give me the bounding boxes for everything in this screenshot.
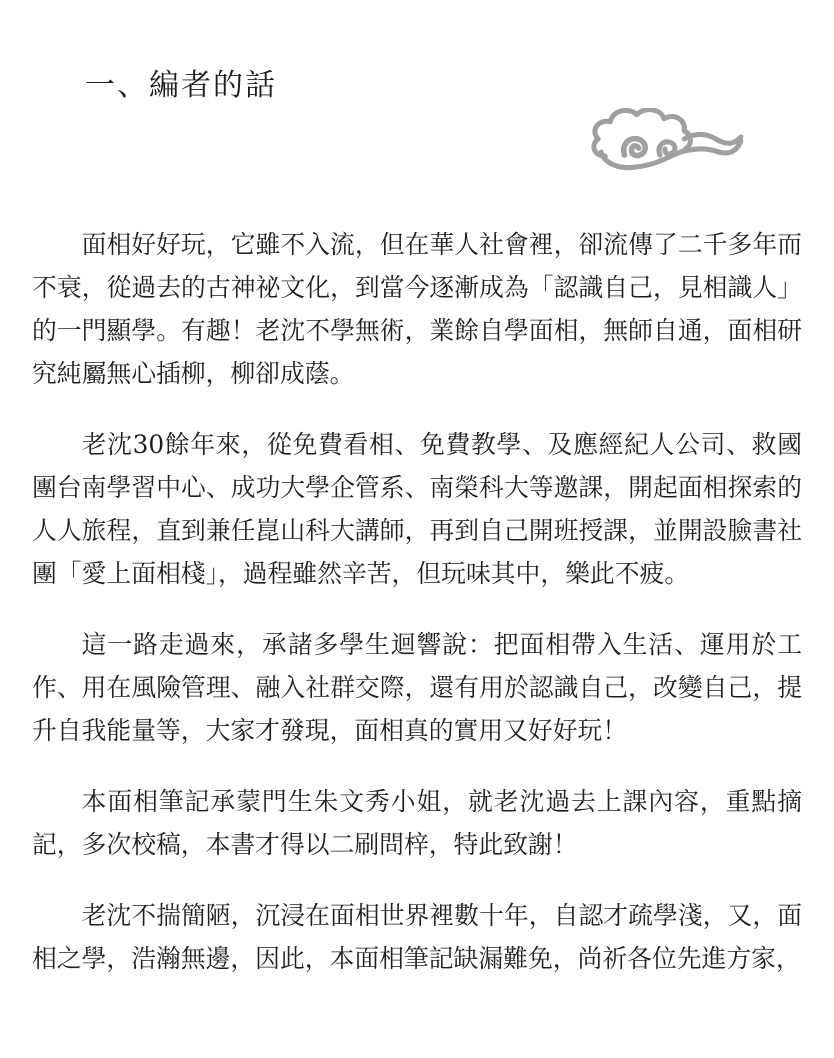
document-page: 一、編者的話 面相好好玩，它雖不入流，但在華人社會裡，卻流傳了二千多年而不衰，從… xyxy=(0,0,834,1058)
section-title: 一、編者的話 xyxy=(85,60,277,104)
body-text: 面相好好玩，它雖不入流，但在華人社會裡，卻流傳了二千多年而不衰，從過去的古神祕文… xyxy=(32,223,802,980)
paragraph: 本面相筆記承蒙門生朱文秀小姐，就老沈過去上課內容，重點摘記，多次校稿，本書才得以… xyxy=(32,780,802,866)
paragraph: 面相好好玩，它雖不入流，但在華人社會裡，卻流傳了二千多年而不衰，從過去的古神祕文… xyxy=(32,223,802,395)
cloud-ornament-icon xyxy=(586,108,748,182)
paragraph: 老沈不揣簡陋，沉浸在面相世界裡數十年，自認才疏學淺，又，面相之學，浩瀚無邊，因此… xyxy=(32,894,802,980)
paragraph: 老沈30餘年來，從免費看相、免費教學、及應經紀人公司、救國團台南學習中心、成功大… xyxy=(32,423,802,595)
cloud-strokes xyxy=(594,110,741,168)
paragraph: 這一路走過來，承諸多學生迴響說：把面相帶入生活、運用於工作、用在風險管理、融入社… xyxy=(32,623,802,752)
